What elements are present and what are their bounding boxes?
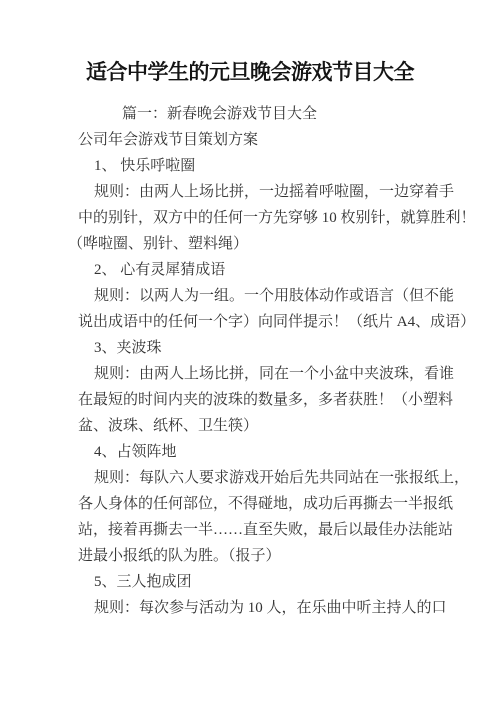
section-heading: 5、三人抱成团: [78, 569, 480, 595]
intro-line: 公司年会游戏节目策划方案: [78, 127, 480, 153]
rule-line: 在最短的时间内夹的波珠的数量多，多者获胜！（小塑料: [78, 387, 480, 413]
document-body: 篇一：新春晚会游戏节目大全 公司年会游戏节目策划方案 1、 快乐呼啦圈 规则：由…: [0, 101, 500, 621]
game-section-3: 3、夹波珠 规则：由两人上场比拼，同在一个小盆中夹波珠，看谁 在最短的时间内夹的…: [78, 335, 480, 439]
rule-line: 各人身体的任何部位，不得碰地，成功后再撕去一半报纸: [78, 491, 480, 517]
materials-line: 盆、波珠、纸杯、卫生筷）: [78, 413, 480, 439]
materials-line: （哗啦圈、别针、塑料绳）: [68, 231, 480, 257]
document-subtitle: 篇一：新春晚会游戏节目大全: [78, 101, 480, 127]
rule-line: 规则：由两人上场比拼，一边摇着呼啦圈，一边穿着手: [78, 179, 480, 205]
game-section-4: 4、占领阵地 规则：每队六人要求游戏开始后先共同站在一张报纸上， 各人身体的任何…: [78, 439, 480, 569]
section-heading: 4、占领阵地: [78, 439, 480, 465]
game-section-5: 5、三人抱成团 规则：每次参与活动为 10 人，在乐曲中听主持人的口: [78, 569, 480, 621]
section-heading: 1、 快乐呼啦圈: [78, 153, 480, 179]
rule-line: 规则：每次参与活动为 10 人，在乐曲中听主持人的口: [78, 595, 480, 621]
rule-line: 规则：以两人为一组。一个用肢体动作或语言（但不能: [78, 283, 480, 309]
rule-line: 进最小报纸的队为胜。（报子）: [78, 543, 480, 569]
section-heading: 2、 心有灵犀猜成语: [78, 257, 480, 283]
rule-line: 站，接着再撕去一半……直至失败，最后以最佳办法能站: [78, 517, 480, 543]
document-page: 适合中学生的元旦晚会游戏节目大全 篇一：新春晚会游戏节目大全 公司年会游戏节目策…: [0, 0, 500, 708]
rule-line: 规则：每队六人要求游戏开始后先共同站在一张报纸上，: [78, 465, 480, 491]
rule-line: 中的别针，双方中的任何一方先穿够 10 枚别针，就算胜利！: [78, 205, 480, 231]
document-title: 适合中学生的元旦晚会游戏节目大全: [10, 58, 490, 88]
section-heading: 3、夹波珠: [78, 335, 480, 361]
game-section-2: 2、 心有灵犀猜成语 规则：以两人为一组。一个用肢体动作或语言（但不能 说出成语…: [78, 257, 480, 335]
rule-line: 说出成语中的任何一个字）向同伴提示！（纸片 A4、成语）: [78, 309, 480, 335]
rule-line: 规则：由两人上场比拼，同在一个小盆中夹波珠，看谁: [78, 361, 480, 387]
game-section-1: 1、 快乐呼啦圈 规则：由两人上场比拼，一边摇着呼啦圈，一边穿着手 中的别针，双…: [78, 153, 480, 257]
